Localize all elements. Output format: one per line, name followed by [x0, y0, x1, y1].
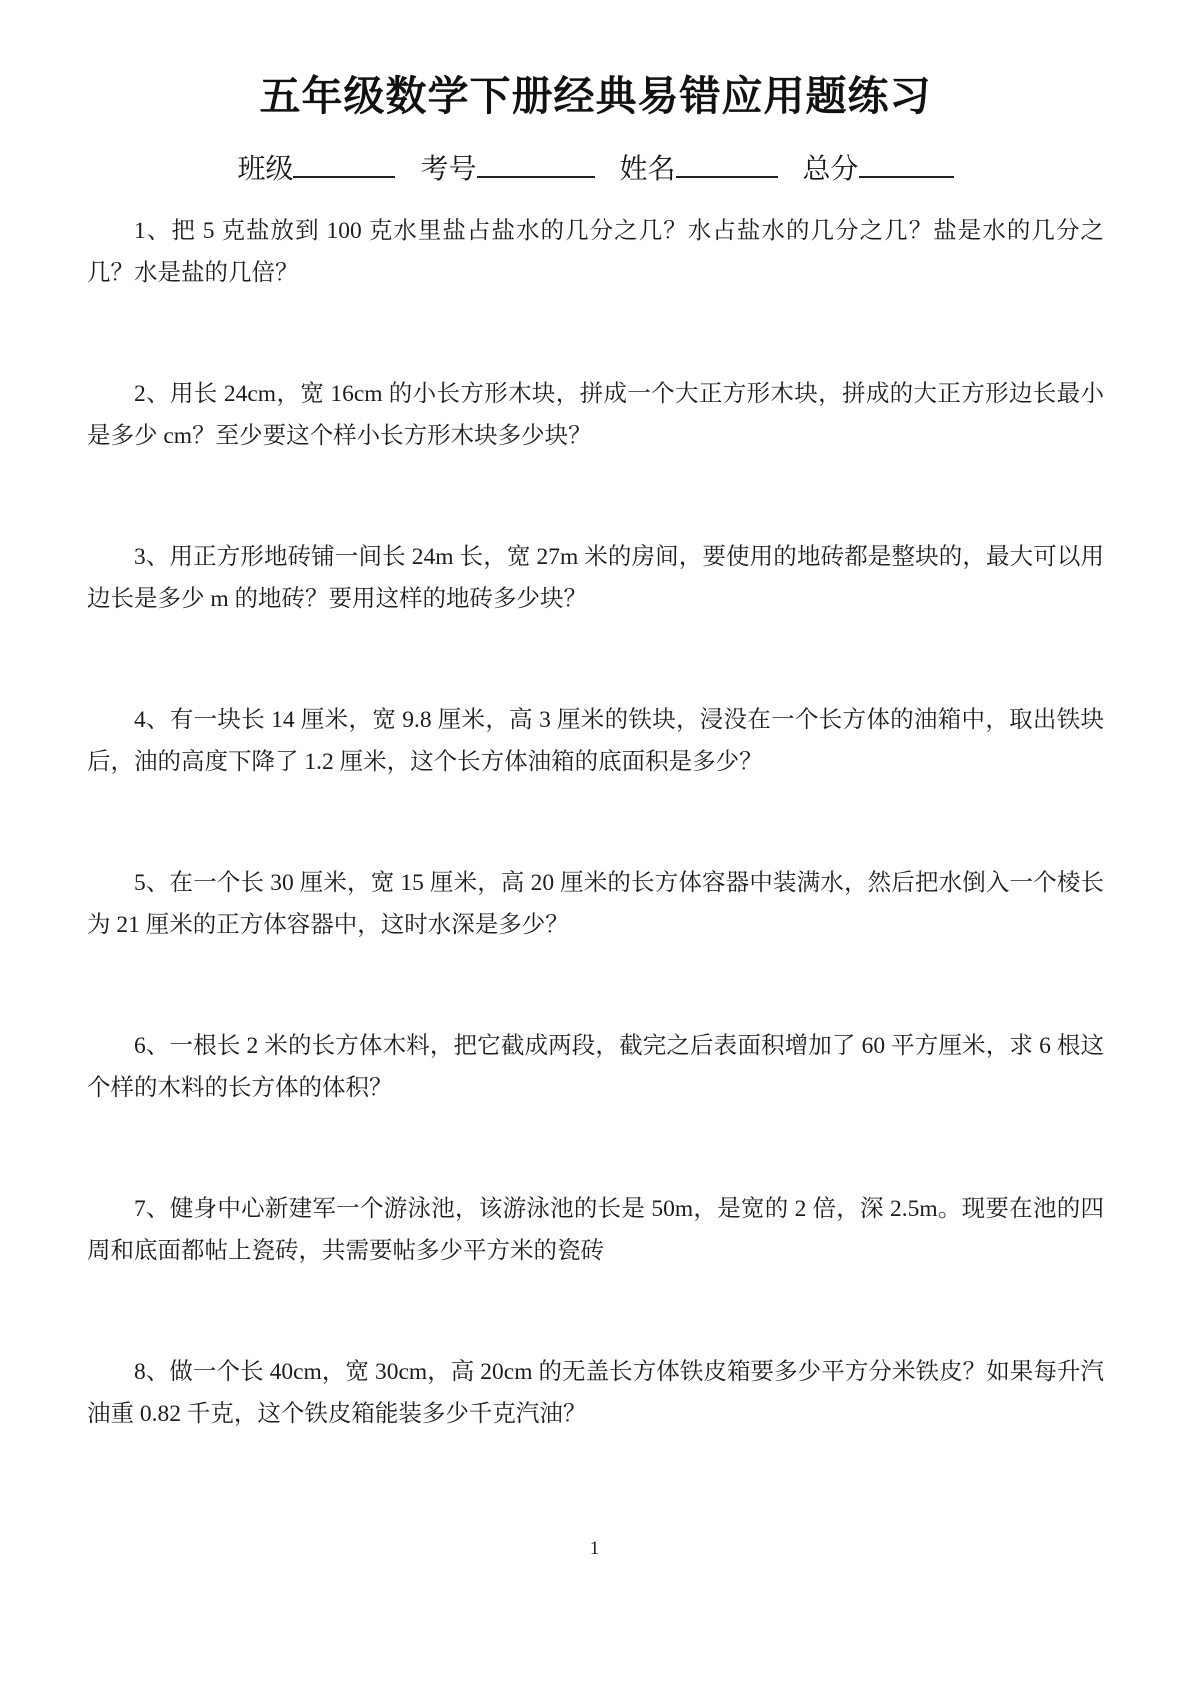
problem-5: 5、在一个长 30 厘米，宽 15 厘米，高 20 厘米的长方体容器中装满水，然… — [87, 863, 1104, 1026]
problem-4-text: 4、有一块长 14 厘米，宽 9.8 厘米，高 3 厘米的铁块，浸没在一个长方体… — [87, 700, 1104, 784]
problem-8-text: 8、做一个长 40cm，宽 30cm，高 20cm 的无盖长方体铁皮箱要多少平方… — [87, 1352, 1104, 1436]
page-number: 1 — [0, 1538, 1189, 1560]
problem-list: 1、把 5 克盐放到 100 克水里盐占盐水的几分之几？水占盐水的几分之几？盐是… — [87, 211, 1104, 1436]
class-blank-line — [293, 150, 395, 178]
problem-3: 3、用正方形地砖铺一间长 24m 长，宽 27m 米的房间，要使用的地砖都是整块… — [87, 537, 1104, 700]
problem-1-text: 1、把 5 克盐放到 100 克水里盐占盐水的几分之几？水占盐水的几分之几？盐是… — [87, 211, 1104, 295]
class-field: 班级 — [237, 147, 395, 187]
exam-number-label: 考号 — [420, 147, 476, 187]
exam-number-blank-line — [477, 150, 595, 178]
total-score-field: 总分 — [803, 147, 954, 187]
problem-6: 6、一根长 2 米的长方体木料，把它截成两段，截完之后表面积增加了 60 平方厘… — [87, 1026, 1104, 1189]
name-label: 姓名 — [620, 147, 676, 187]
name-blank-line — [676, 150, 778, 178]
worksheet-page: 五年级数学下册经典易错应用题练习 班级 考号 姓名 总分 1、把 5 克盐放到 … — [0, 0, 1189, 1682]
exam-number-field: 考号 — [420, 147, 594, 187]
problem-1: 1、把 5 克盐放到 100 克水里盐占盐水的几分之几？水占盐水的几分之几？盐是… — [87, 211, 1104, 374]
problem-7-text: 7、健身中心新建军一个游泳池，该游泳池的长是 50m，是宽的 2 倍，深 2.5… — [87, 1189, 1104, 1273]
problem-5-text: 5、在一个长 30 厘米，宽 15 厘米，高 20 厘米的长方体容器中装满水，然… — [87, 863, 1104, 947]
student-info-line: 班级 考号 姓名 总分 — [87, 147, 1104, 187]
total-score-blank-line — [859, 150, 954, 178]
page-content: 五年级数学下册经典易错应用题练习 班级 考号 姓名 总分 1、把 5 克盐放到 … — [0, 0, 1189, 1436]
problem-8: 8、做一个长 40cm，宽 30cm，高 20cm 的无盖长方体铁皮箱要多少平方… — [87, 1352, 1104, 1436]
problem-3-text: 3、用正方形地砖铺一间长 24m 长，宽 27m 米的房间，要使用的地砖都是整块… — [87, 537, 1104, 621]
total-score-label: 总分 — [803, 147, 859, 187]
problem-7: 7、健身中心新建军一个游泳池，该游泳池的长是 50m，是宽的 2 倍，深 2.5… — [87, 1189, 1104, 1352]
name-field: 姓名 — [620, 147, 778, 187]
problem-6-text: 6、一根长 2 米的长方体木料，把它截成两段，截完之后表面积增加了 60 平方厘… — [87, 1026, 1104, 1110]
problem-2-text: 2、用长 24cm，宽 16cm 的小长方形木块，拼成一个大正方形木块，拼成的大… — [87, 374, 1104, 458]
problem-4: 4、有一块长 14 厘米，宽 9.8 厘米，高 3 厘米的铁块，浸没在一个长方体… — [87, 700, 1104, 863]
problem-2: 2、用长 24cm，宽 16cm 的小长方形木块，拼成一个大正方形木块，拼成的大… — [87, 374, 1104, 537]
class-label: 班级 — [237, 147, 293, 187]
page-title: 五年级数学下册经典易错应用题练习 — [87, 72, 1104, 121]
